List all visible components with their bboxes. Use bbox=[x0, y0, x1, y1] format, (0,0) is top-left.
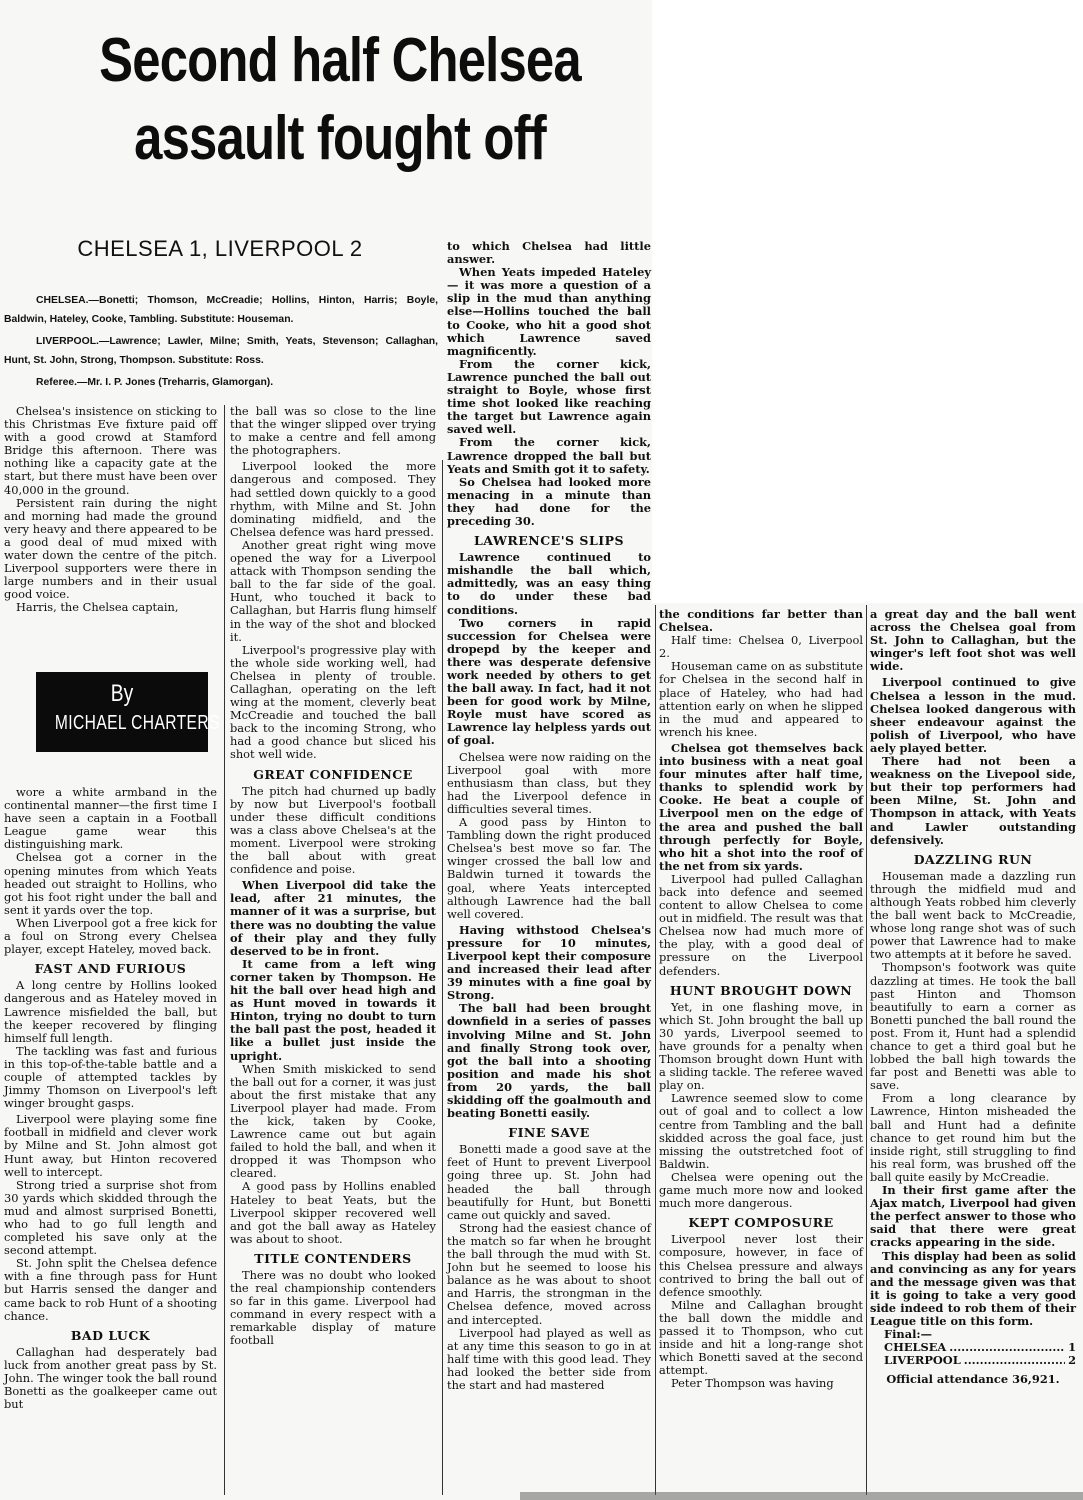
paragraph: This display had been as solid and convi… bbox=[870, 1250, 1076, 1329]
paragraph: Chelsea were opening out the game much m… bbox=[659, 1171, 863, 1210]
paragraph: It came from a left wing corner taken by… bbox=[230, 958, 436, 1063]
paragraph: Two corners in rapid succession for Chel… bbox=[447, 617, 651, 748]
headline-line-1: Second half Chelsea bbox=[94, 22, 586, 100]
paragraph: Lawrence continued to mishandle the ball… bbox=[447, 551, 651, 616]
paragraph: Liverpool had played as well as at any t… bbox=[447, 1327, 651, 1392]
paragraph: Thompson's footwork was quite dazzling a… bbox=[870, 961, 1076, 1092]
paragraph: From the corner kick, Lawrence dropped t… bbox=[447, 436, 651, 475]
subheading-dazzling-run: DAZZLING RUN bbox=[870, 853, 1076, 866]
paragraph: a great day and the ball went across the… bbox=[870, 608, 1076, 673]
paragraph: Lawrence seemed slow to come out of goal… bbox=[659, 1092, 863, 1171]
referee-label: Referee. bbox=[36, 377, 77, 388]
column-rule bbox=[224, 405, 225, 1495]
page-edge-shadow bbox=[520, 1492, 1083, 1500]
headline-line-2: assault fought off bbox=[94, 100, 586, 178]
paragraph: Chelsea were now raiding on the Liverpoo… bbox=[447, 751, 651, 816]
column-1-bottom: wore a white armband in the continental … bbox=[4, 786, 217, 1411]
leader-dots: .............................. bbox=[964, 1354, 1065, 1367]
paragraph: Peter Thompson was having bbox=[659, 1377, 863, 1390]
paragraph: A good pass by Hinton to Tambling down t… bbox=[447, 816, 651, 921]
paragraph: The pitch had churned up badly by now bu… bbox=[230, 785, 436, 877]
chelsea-label: CHELSEA. bbox=[36, 295, 89, 306]
paragraph: In their first game after the Ajax match… bbox=[870, 1184, 1076, 1249]
paragraph: St. John split the Chelsea defence with … bbox=[4, 1257, 217, 1322]
subheading-title-contenders: TITLE CONTENDERS bbox=[230, 1252, 436, 1265]
column-3: to which Chelsea had little answer. When… bbox=[447, 240, 651, 1392]
final-score: 2 bbox=[1068, 1354, 1076, 1367]
referee-line: Referee.—Mr. I. P. Jones (Treharris, Gla… bbox=[4, 374, 438, 393]
subheading-hunt-brought-down: HUNT BROUGHT DOWN bbox=[659, 984, 863, 997]
byline-by: By bbox=[53, 672, 191, 708]
paragraph: A good pass by Hollins enabled Hateley t… bbox=[230, 1180, 436, 1245]
column-rule bbox=[655, 605, 656, 1495]
subheading-great-confidence: GREAT CONFIDENCE bbox=[230, 768, 436, 781]
paragraph: Liverpool never lost their composure, ho… bbox=[659, 1233, 863, 1298]
subheading-lawrences-slips: LAWRENCE'S SLIPS bbox=[447, 534, 651, 547]
chelsea-lineup: CHELSEA.—Bonetti; Thomson, McCreadie; Ho… bbox=[4, 292, 438, 329]
paragraph: There had not been a weakness on the Liv… bbox=[870, 755, 1076, 847]
column-2: the ball was so close to the line that t… bbox=[230, 405, 436, 1348]
paragraph: Strong had the easiest chance of the mat… bbox=[447, 1222, 651, 1327]
paragraph: Having withstood Chelsea's pressure for … bbox=[447, 924, 651, 1003]
subheading-fine-save: FINE SAVE bbox=[447, 1126, 651, 1139]
paragraph: Liverpool continued to give Chelsea a le… bbox=[870, 676, 1076, 755]
scoreline: CHELSEA 1, LIVERPOOL 2 bbox=[0, 236, 440, 262]
paragraph: Harris, the Chelsea captain, bbox=[4, 601, 217, 614]
paragraph: the conditions far better than Chelsea. bbox=[659, 608, 863, 634]
blank-page-area bbox=[652, 0, 1083, 603]
paragraph: When Yeats impeded Hateley — it was more… bbox=[447, 266, 651, 358]
subheading-kept-composure: KEPT COMPOSURE bbox=[659, 1216, 863, 1229]
paragraph: Liverpool had pulled Callaghan back into… bbox=[659, 873, 863, 978]
byline-box: By MICHAEL CHARTERS bbox=[36, 672, 208, 752]
liverpool-lineup: LIVERPOOL.—Lawrence; Lawler, Milne; Smit… bbox=[4, 333, 438, 370]
paragraph: A long centre by Hollins looked dangerou… bbox=[4, 979, 217, 1044]
paragraph: Liverpool's progressive play with the wh… bbox=[230, 644, 436, 762]
final-team: LIVERPOOL bbox=[884, 1354, 961, 1367]
paragraph: Callaghan had desperately bad luck from … bbox=[4, 1346, 217, 1411]
paragraph: So Chelsea had looked more menacing in a… bbox=[447, 476, 651, 528]
paragraph: From the corner kick, Lawrence punched t… bbox=[447, 358, 651, 437]
paragraph: Strong tried a surprise shot from 30 yar… bbox=[4, 1179, 217, 1258]
paragraph: Houseman made a dazzling run through the… bbox=[870, 870, 1076, 962]
column-4: the conditions far better than Chelsea. … bbox=[659, 608, 863, 1390]
official-attendance: Official attendance 36,921. bbox=[870, 1373, 1076, 1386]
paragraph: The tackling was fast and furious in thi… bbox=[4, 1045, 217, 1110]
subheading-bad-luck: BAD LUCK bbox=[4, 1329, 217, 1342]
paragraph: to which Chelsea had little answer. bbox=[447, 240, 651, 266]
paragraph: Yet, in one flashing move, in which St. … bbox=[659, 1001, 863, 1093]
team-lineups: CHELSEA.—Bonetti; Thomson, McCreadie; Ho… bbox=[4, 292, 438, 397]
paragraph: Houseman came on as substitute for Chels… bbox=[659, 660, 863, 739]
paragraph: Persistent rain during the night and mor… bbox=[4, 497, 217, 602]
liverpool-label: LIVERPOOL. bbox=[36, 336, 99, 347]
paragraph: Chelsea's insistence on sticking to this… bbox=[4, 405, 217, 497]
referee-name: —Mr. I. P. Jones (Treharris, Glamorgan). bbox=[77, 377, 273, 388]
paragraph: Bonetti made a good save at the feet of … bbox=[447, 1143, 651, 1222]
paragraph: Another great right wing move opened the… bbox=[230, 539, 436, 644]
paragraph: the ball was so close to the line that t… bbox=[230, 405, 436, 457]
final-score-table: Final:— CHELSEA ........................… bbox=[884, 1328, 1076, 1367]
paragraph: When Smith miskicked to send the ball ou… bbox=[230, 1063, 436, 1181]
paragraph: The ball had been brought downfield in a… bbox=[447, 1002, 651, 1120]
half-time-score: Half time: Chelsea 0, Liverpool 2. bbox=[659, 634, 863, 660]
column-1-top: Chelsea's insistence on sticking to this… bbox=[4, 405, 217, 615]
paragraph: Chelsea got themselves back into busines… bbox=[659, 742, 863, 873]
byline-author: MICHAEL CHARTERS bbox=[55, 712, 189, 735]
column-rule bbox=[866, 605, 867, 1495]
leader-dots: .............................. bbox=[949, 1341, 1065, 1354]
subheading-fast-and-furious: FAST AND FURIOUS bbox=[4, 962, 217, 975]
paragraph: Liverpool looked the more dangerous and … bbox=[230, 460, 436, 539]
paragraph: When Liverpool got a free kick for a fou… bbox=[4, 917, 217, 956]
column-5: a great day and the ball went across the… bbox=[870, 608, 1076, 1386]
paragraph: Chelsea got a corner in the opening minu… bbox=[4, 851, 217, 916]
paragraph: When Liverpool did take the lead, after … bbox=[230, 879, 436, 958]
headline: Second half Chelsea assault fought off bbox=[94, 22, 586, 178]
final-row-liverpool: LIVERPOOL ..............................… bbox=[884, 1354, 1076, 1367]
paragraph: Liverpool were playing some fine footbal… bbox=[4, 1113, 217, 1178]
paragraph: wore a white armband in the continental … bbox=[4, 786, 217, 851]
paragraph: Milne and Callaghan brought the ball dow… bbox=[659, 1299, 863, 1378]
paragraph: From a long clearance by Lawrence, Hinto… bbox=[870, 1092, 1076, 1184]
paragraph: There was no doubt who looked the real c… bbox=[230, 1269, 436, 1348]
column-rule bbox=[442, 460, 443, 1495]
